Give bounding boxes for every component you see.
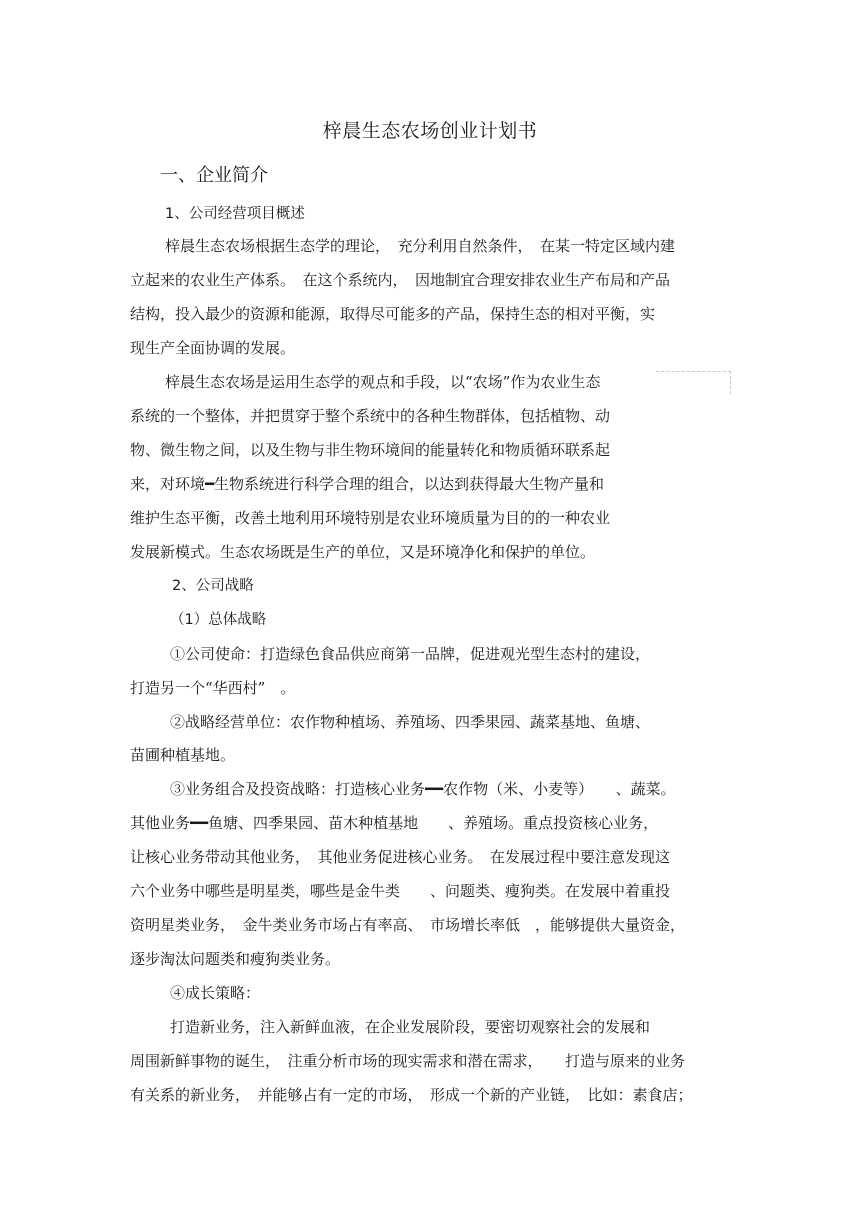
paragraph-line: 逐步淘汰问题类和瘦狗类业务。 bbox=[130, 949, 340, 969]
paragraph-line: 立起来的农业生产体系。 在这个系统内， 因地制宜合理安排农业生产布局和产品 bbox=[130, 270, 670, 290]
paragraph-line: ③业务组合及投资战略：打造核心业务━━农作物（米、小麦等） 、蔬菜。 bbox=[170, 779, 676, 799]
paragraph-line: 发展新模式。生态农场既是生产的单位，又是环境净化和保护的单位。 bbox=[130, 542, 595, 562]
subsection-heading-company-strategy: 2、公司战略 bbox=[172, 576, 254, 596]
paragraph-line: 苗圃种植基地。 bbox=[130, 745, 235, 765]
paragraph-line: ④成长策略： bbox=[170, 983, 260, 1003]
paragraph-line: 梓晨生态农场根据生态学的理论， 充分利用自然条件， 在某一特定区域内建 bbox=[165, 236, 675, 256]
subsection-heading-business-overview: 1、公司经营项目概述 bbox=[165, 204, 305, 224]
paragraph-line: 物、微生物之间，以及生物与非生物环境间的能量转化和物质循环联系起 bbox=[130, 440, 610, 460]
section-heading-company-intro: 一、企业简介 bbox=[160, 164, 268, 188]
paragraph-line: 有关系的新业务， 并能够占有一定的市场， 形成一个新的产业链， 比如：素食店； bbox=[130, 1085, 693, 1105]
paragraph-line: 资明星类业务， 金牛类业务市场占有率高、 市场增长率低 ，能够提供大量资金， bbox=[130, 915, 685, 935]
paragraph-line: 梓晨生态农场是运用生态学的观点和手段，以“农场”作为农业生态 bbox=[165, 372, 600, 392]
paragraph-line: ①公司使命：打造绿色食品供应商第一品牌，促进观光型生态村的建设， bbox=[170, 644, 650, 664]
paragraph-line: 六个业务中哪些是明星类，哪些是金牛类 、问题类、瘦狗类。在发展中着重投 bbox=[130, 881, 670, 901]
document-title: 梓晨生态农场创业计划书 bbox=[0, 119, 860, 143]
paragraph-line: 打造另一个“华西村” 。 bbox=[130, 678, 295, 698]
paragraph-line: 打造新业务，注入新鲜血液，在企业发展阶段，要密切观察社会的发展和 bbox=[170, 1017, 650, 1037]
paragraph-line: 让核心业务带动其他业务， 其他业务促进核心业务。 在发展过程中要注意发现这 bbox=[130, 847, 670, 867]
paragraph-line: ②战略经营单位：农作物种植场、养殖场、四季果园、蔬菜基地、鱼塘、 bbox=[170, 712, 650, 732]
paragraph-line: 结构，投入最少的资源和能源，取得尽可能多的产品，保持生态的相对平衡，实 bbox=[130, 304, 655, 324]
paragraph-line: 现生产全面协调的发展。 bbox=[130, 338, 295, 358]
paragraph-line: 维护生态平衡，改善土地利用环境特别是农业环境质量为目的的一种农业 bbox=[130, 508, 610, 528]
paragraph-line: 其他业务━━鱼塘、四季果园、苗木种植基地 、养殖场。重点投资核心业务， bbox=[130, 813, 658, 833]
subsection-heading-overall-strategy: （1）总体战略 bbox=[170, 610, 266, 630]
comment-anchor-box bbox=[656, 371, 731, 394]
paragraph-line: 来，对环境━生物系统进行科学合理的组合，以达到获得最大生物产量和 bbox=[130, 474, 604, 494]
paragraph-line: 周围新鲜事物的诞生， 注重分析市场的现实需求和潜在需求， 打造与原来的业务 bbox=[130, 1051, 685, 1071]
paragraph-line: 系统的一个整体，并把贯穿于整个系统中的各种生物群体，包括植物、动 bbox=[130, 406, 610, 426]
